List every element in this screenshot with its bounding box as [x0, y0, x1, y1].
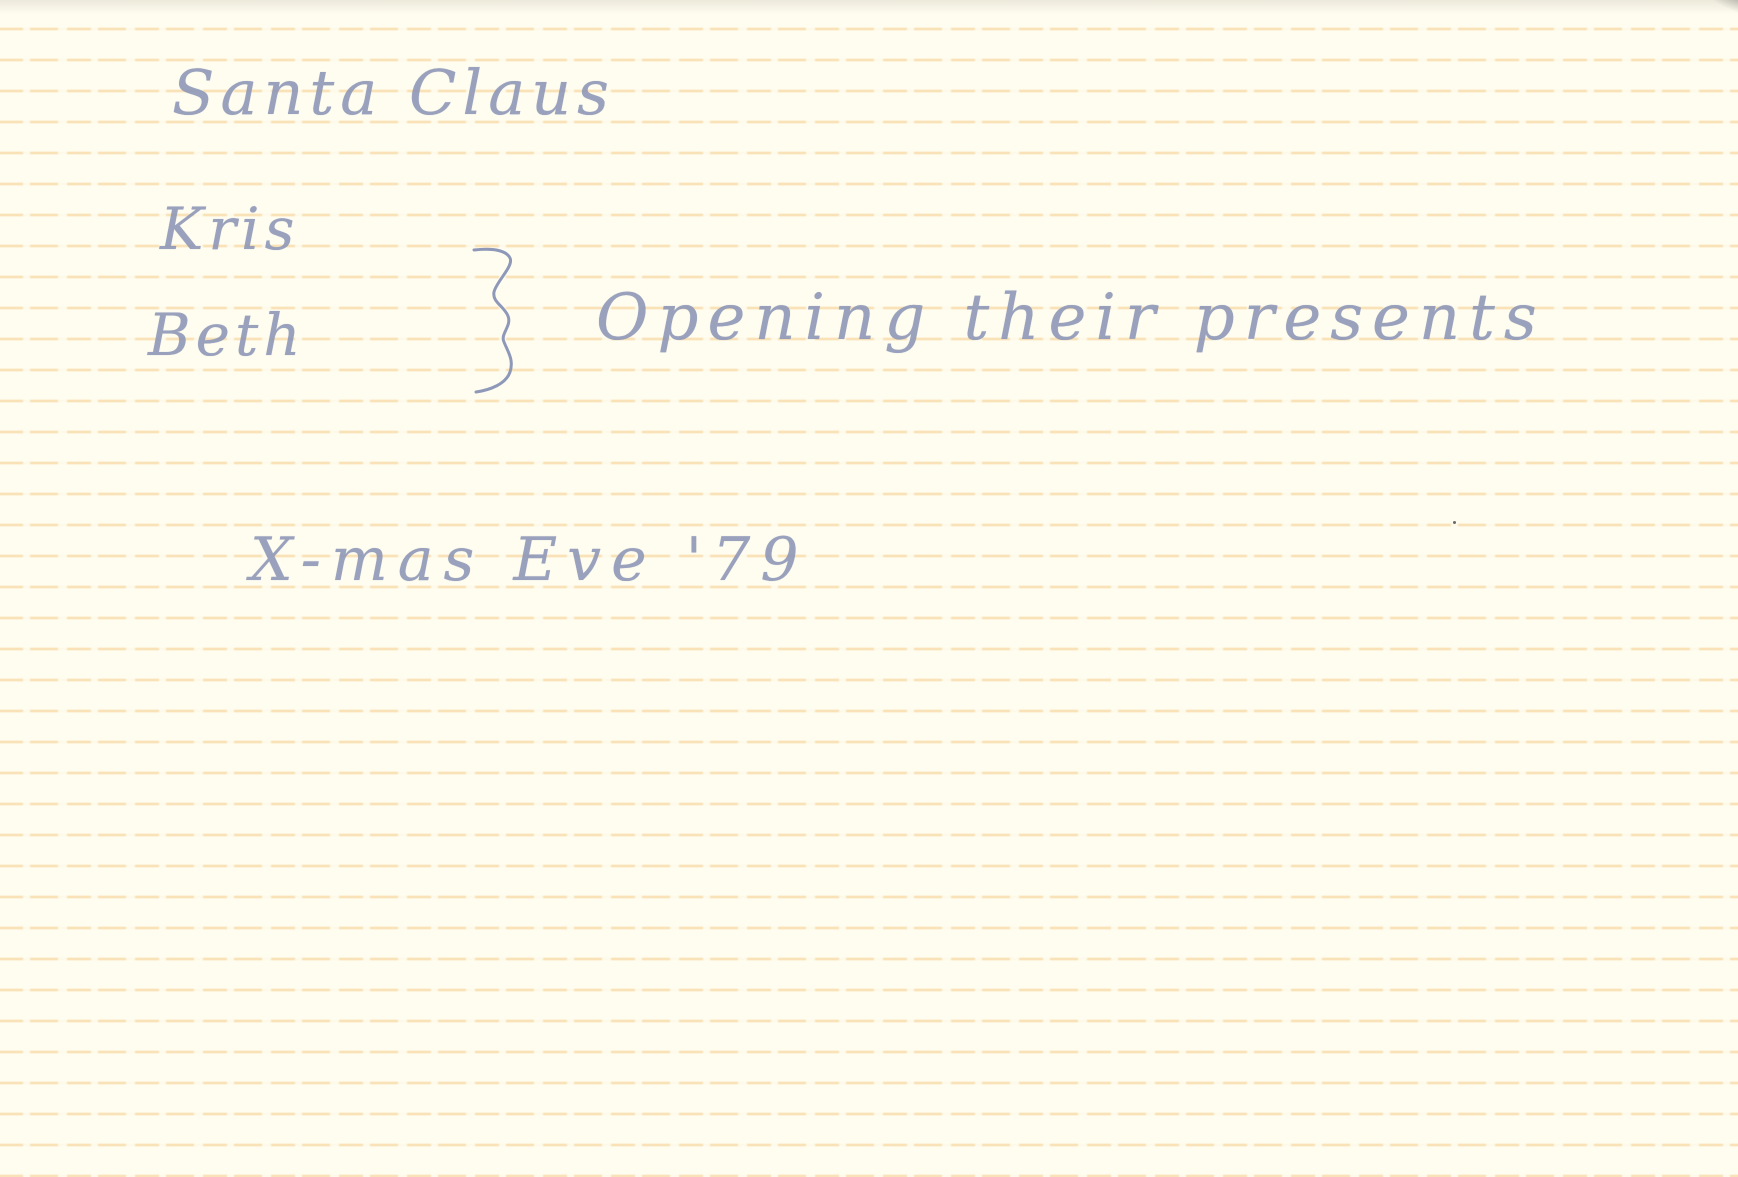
curly-brace-icon [470, 244, 530, 394]
handwritten-caption: Opening their presents [596, 286, 1546, 350]
paper-edge-shade [0, 0, 1738, 14]
handwritten-line-kris: Kris [160, 200, 299, 258]
handwritten-line-beth: Beth [148, 306, 306, 364]
handwritten-date: X-mas Eve '79 [250, 530, 809, 590]
caption-card: Santa Claus Kris Beth Opening their pres… [0, 0, 1738, 1177]
handwritten-line-santa-claus: Santa Claus [172, 62, 615, 124]
paper-speck [1453, 521, 1456, 524]
corner-shadow [1688, 0, 1738, 20]
